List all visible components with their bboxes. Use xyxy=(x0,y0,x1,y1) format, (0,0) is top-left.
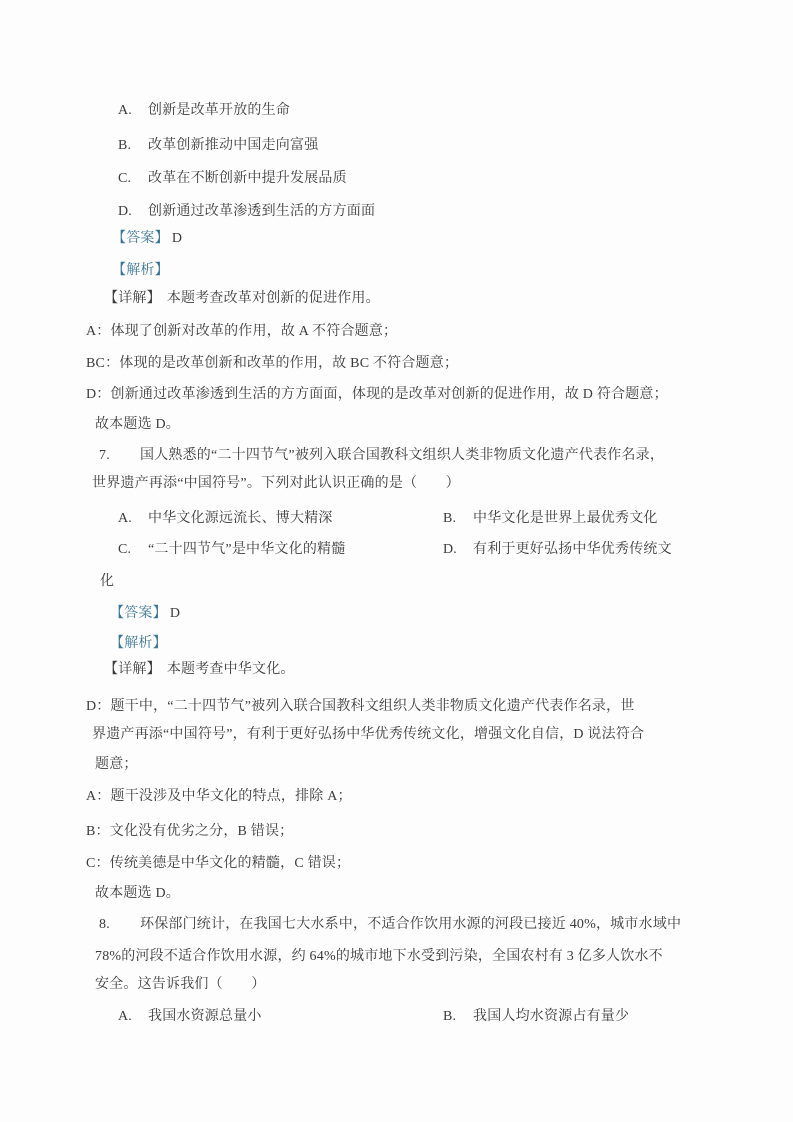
option-letter: D. xyxy=(443,540,473,560)
option-text: 创新通过改革渗透到生活的方方面面 xyxy=(148,204,375,219)
analysis-tag: 【解析】 xyxy=(110,636,167,651)
option-text: 中华文化是世界上最优秀文化 xyxy=(473,511,658,526)
option-text: 改革在不断创新中提升发展品质 xyxy=(148,171,347,186)
option-letter: B. xyxy=(118,136,148,156)
q6-option-d: D.创新通过改革渗透到生活的方方面面 xyxy=(118,202,375,222)
option-letter: C. xyxy=(118,169,148,189)
q6-point-d: D：创新通过改革渗透到生活的方方面面，体现的是改革对创新的促进作用，故 D 符合… xyxy=(86,385,668,405)
q7-option-d: D.有利于更好弘扬中华优秀传统文 xyxy=(443,540,672,560)
option-letter: A. xyxy=(118,1007,148,1027)
q8-stem-line-1: 8.环保部门统计，在我国七大水系中，不适合作饮用水源的河段已接近 40%，城市水… xyxy=(99,915,681,935)
q7-option-d-overflow: 化 xyxy=(100,572,114,592)
analysis-tag: 【解析】 xyxy=(112,263,169,278)
option-text: 中华文化源远流长、博大精深 xyxy=(148,511,333,526)
q7-stem-line-1: 7.国人熟悉的“二十四节气”被列入联合国教科文组织人类非物质文化遗产代表作名录， xyxy=(99,446,664,466)
q7-point-a: A：题干没涉及中华文化的特点，排除 A； xyxy=(86,787,352,807)
q6-point-bc: BC：体现的是改革创新和改革的作用，故 BC 不符合题意； xyxy=(86,354,458,374)
detail-tag: 【详解】 xyxy=(104,291,161,306)
option-letter: B. xyxy=(443,509,473,529)
q8-stem-line-2: 78%的河段不适合作饮用水源，约 64%的城市地下水受到污染，全国农村有 3 亿… xyxy=(95,947,663,967)
q6-answer-line: 【答案】D xyxy=(112,229,182,249)
q7-option-b: B.中华文化是世界上最优秀文化 xyxy=(443,509,658,529)
q7-stem-line-2: 世界遗产再添“中国符号”。下列对此认识正确的是（ ） xyxy=(92,474,460,494)
q7-option-a: A.中华文化源远流长、博大精深 xyxy=(118,509,333,529)
detail-text: 本题考查改革对创新的促进作用。 xyxy=(167,291,380,306)
q6-option-b: B.改革创新推动中国走向富强 xyxy=(118,136,318,156)
option-text: 改革创新推动中国走向富强 xyxy=(148,138,318,153)
q6-point-a: A：体现了创新对改革的作用，故 A 不符合题意； xyxy=(86,322,397,342)
q7-conclusion: 故本题选 D。 xyxy=(95,884,180,904)
document-page: A.创新是改革开放的生命 B.改革创新推动中国走向富强 C.改革在不断创新中提升… xyxy=(0,0,793,1122)
q6-option-a: A.创新是改革开放的生命 xyxy=(118,101,290,121)
detail-tag: 【详解】 xyxy=(104,662,161,677)
option-text: 我国水资源总量小 xyxy=(148,1009,262,1024)
detail-text: 本题考查中华文化。 xyxy=(167,662,295,677)
q7-point-d-line-1: D：题干中，“二十四节气”被列入联合国教科文组织人类非物质文化遗产代表作名录，世 xyxy=(86,697,635,717)
question-number: 8. xyxy=(99,915,140,935)
answer-tag: 【答案】 xyxy=(110,606,167,621)
q6-detail-line: 【详解】本题考查改革对创新的促进作用。 xyxy=(104,289,380,309)
option-text: 有利于更好弘扬中华优秀传统文 xyxy=(473,542,672,557)
option-text: 创新是改革开放的生命 xyxy=(148,103,290,118)
q6-option-c: C.改革在不断创新中提升发展品质 xyxy=(118,169,347,189)
option-letter: A. xyxy=(118,101,148,121)
question-number: 7. xyxy=(99,446,140,466)
option-letter: C. xyxy=(118,540,148,560)
q7-option-c: C.“二十四节气”是中华文化的精髓 xyxy=(118,540,345,560)
q7-analysis-line: 【解析】 xyxy=(110,634,167,654)
q7-point-d-line-3: 题意； xyxy=(95,755,138,775)
question-stem-text: 环保部门统计，在我国七大水系中，不适合作饮用水源的河段已接近 40%，城市水域中 xyxy=(140,917,681,932)
option-text: “二十四节气”是中华文化的精髓 xyxy=(148,542,345,557)
q7-point-c: C：传统美德是中华文化的精髓，C 错误； xyxy=(86,854,350,874)
option-letter: A. xyxy=(118,509,148,529)
answer-value: D xyxy=(172,231,182,246)
q7-point-d-line-2: 界遗产再添“中国符号”，有利于更好弘扬中华优秀传统文化，增强文化自信，D 说法符… xyxy=(92,725,644,745)
q6-conclusion: 故本题选 D。 xyxy=(95,415,180,435)
q6-analysis-line: 【解析】 xyxy=(112,261,169,281)
question-stem-text: 国人熟悉的“二十四节气”被列入联合国教科文组织人类非物质文化遗产代表作名录， xyxy=(140,448,664,463)
q8-stem-line-3: 安全。这告诉我们（ ） xyxy=(95,975,265,995)
answer-value: D xyxy=(170,606,180,621)
answer-tag: 【答案】 xyxy=(112,231,169,246)
q8-option-a: A.我国水资源总量小 xyxy=(118,1007,262,1027)
q7-detail-line: 【详解】本题考查中华文化。 xyxy=(104,660,295,680)
option-letter: B. xyxy=(443,1007,473,1027)
q8-option-b: B.我国人均水资源占有量少 xyxy=(443,1007,629,1027)
option-text: 我国人均水资源占有量少 xyxy=(473,1009,629,1024)
q7-point-b: B：文化没有优劣之分，B 错误； xyxy=(86,822,293,842)
q7-answer-line: 【答案】D xyxy=(110,604,180,624)
option-letter: D. xyxy=(118,202,148,222)
